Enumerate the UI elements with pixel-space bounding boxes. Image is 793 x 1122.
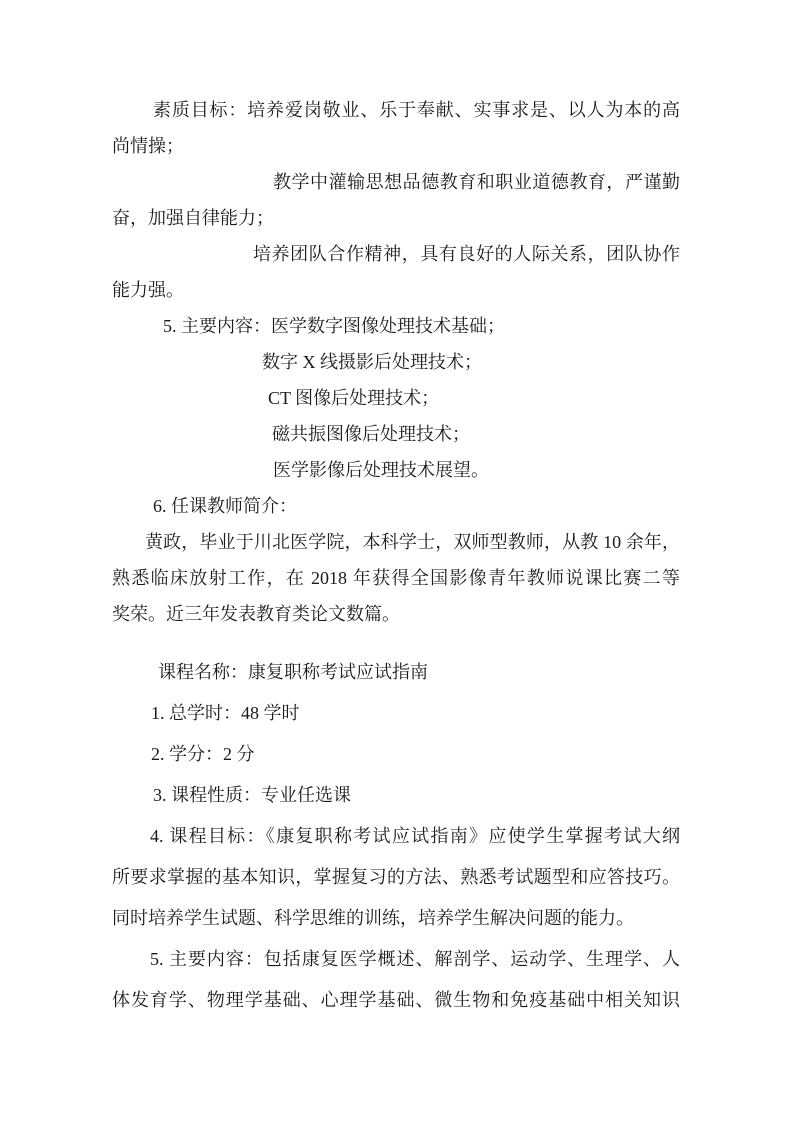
line-quality-goal-1: 素质目标：培养爱岗敬业、乐于奉献、实事求是、以人为本的高 — [112, 92, 680, 128]
line-main-content-item-4: 医学影像后处理技术展望。 — [112, 452, 680, 488]
line-teacher-bio-1: 黄政，毕业于川北医学院，本科学士，双师型教师，从教 10 余年， — [112, 524, 680, 560]
line-course-type: 3. 课程性质：专业任选课 — [112, 775, 680, 816]
line-main-content-2: 体发育学、物理学基础、心理学基础、微生物和免疫基础中相关知识 — [112, 980, 680, 1021]
line-course-objective-1: 4. 课程目标：《康复职称考试应试指南》应使学生掌握考试大纲 — [112, 816, 680, 857]
line-main-content-item-3: 磁共振图像后处理技术； — [112, 416, 680, 452]
section-imaging-course: 素质目标：培养爱岗敬业、乐于奉献、实事求是、以人为本的高 尚情操； 教学中灌输思… — [112, 92, 680, 632]
line-teacher-bio-2: 熟悉临床放射工作，在 2018 年获得全国影像青年教师说课比赛二等 — [112, 560, 680, 596]
line-course-name: 课程名称：康复职称考试应试指南 — [112, 652, 680, 693]
line-quality-goal-4: 奋，加强自律能力； — [112, 200, 680, 236]
line-course-objective-3: 同时培养学生试题、科学思维的训练，培养学生解决问题的能力。 — [112, 898, 680, 939]
line-quality-goal-6: 能力强。 — [112, 272, 680, 308]
line-main-content-item-1: 数字 X 线摄影后处理技术； — [112, 344, 680, 380]
document-page: 素质目标：培养爱岗敬业、乐于奉献、实事求是、以人为本的高 尚情操； 教学中灌输思… — [0, 0, 793, 1122]
line-course-objective-2: 所要求掌握的基本知识，掌握复习的方法、熟悉考试题型和应答技巧。 — [112, 857, 680, 898]
section-rehab-course: 课程名称：康复职称考试应试指南 1. 总学时：48 学时 2. 学分：2 分 3… — [112, 652, 680, 1021]
line-quality-goal-2: 尚情操； — [112, 128, 680, 164]
section-spacer — [112, 632, 680, 652]
line-credits: 2. 学分：2 分 — [112, 734, 680, 775]
line-main-content-item-2: CT 图像后处理技术； — [112, 380, 680, 416]
line-teacher-intro-heading: 6. 任课教师简介： — [112, 488, 680, 524]
line-teacher-bio-3: 奖荣。近三年发表教育类论文数篇。 — [112, 596, 680, 632]
line-main-content-heading: 5. 主要内容：医学数字图像处理技术基础； — [112, 308, 680, 344]
line-total-hours: 1. 总学时：48 学时 — [112, 693, 680, 734]
line-main-content-1: 5. 主要内容：包括康复医学概述、解剖学、运动学、生理学、人 — [112, 939, 680, 980]
line-quality-goal-5: 培养团队合作精神，具有良好的人际关系，团队协作 — [112, 236, 680, 272]
line-quality-goal-3: 教学中灌输思想品德教育和职业道德教育，严谨勤 — [112, 164, 680, 200]
